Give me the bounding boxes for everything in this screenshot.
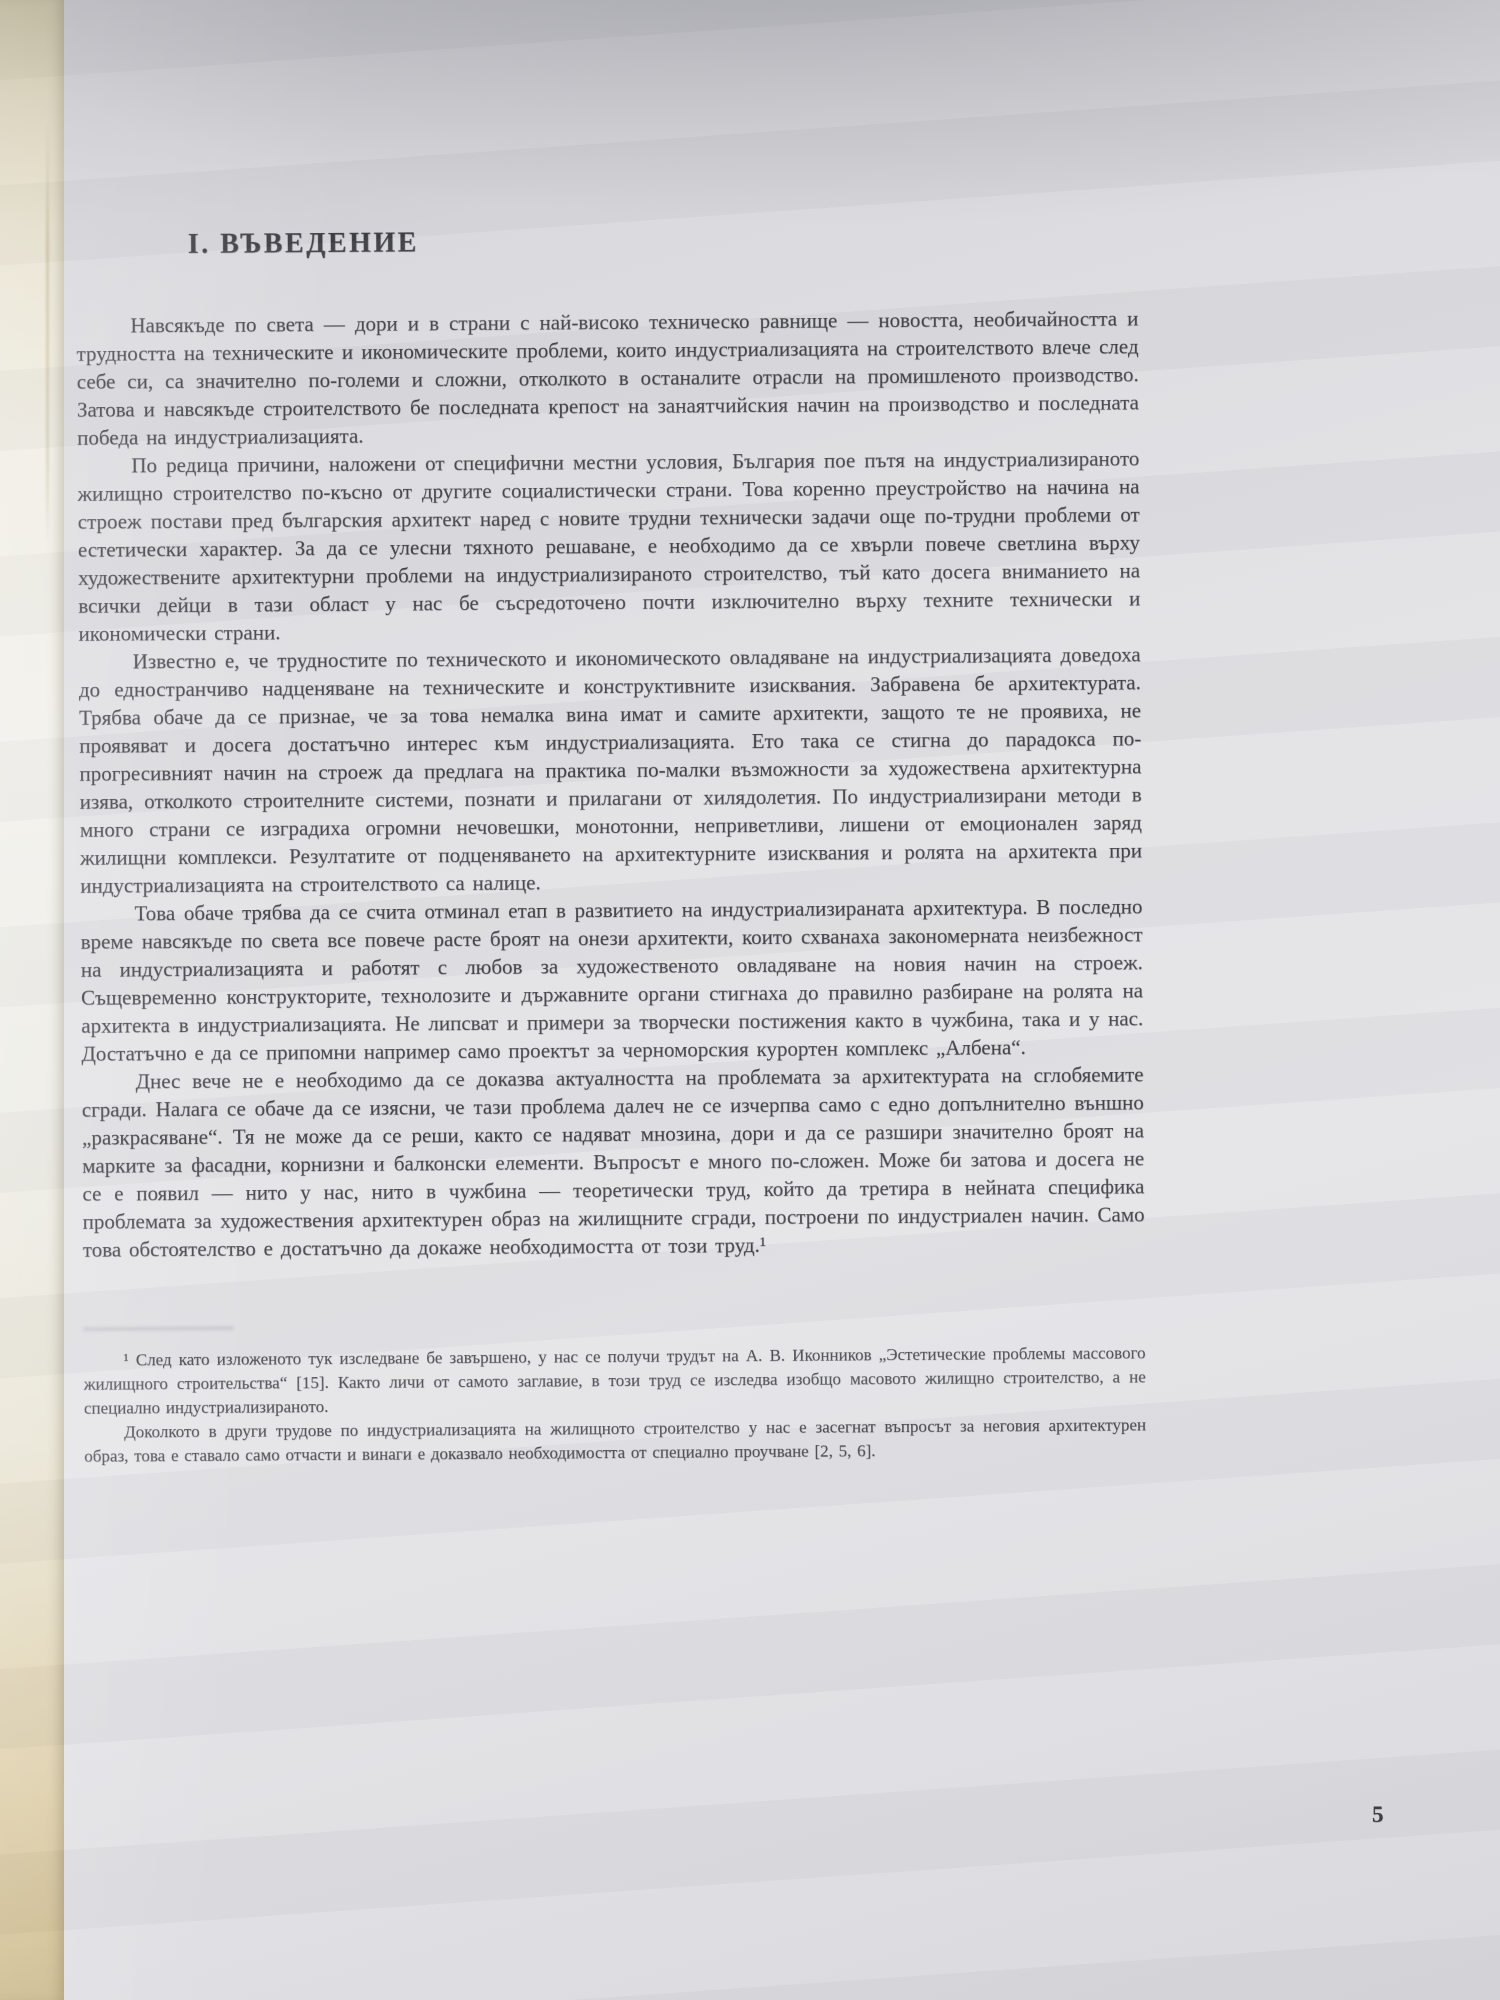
body-paragraph-4: Това обаче трябва да се счита отминал ет… [80,892,1143,1067]
body-paragraph-2: По редица причини, наложени от специфичн… [77,444,1140,647]
body-paragraph-1: Навсякъде по света — дори и в страни с н… [76,304,1139,451]
page-number: 5 [1372,1802,1384,1828]
book-page-edges-strip [0,0,64,2000]
body-text: Навсякъде по света — дори и в страни с н… [76,304,1145,1263]
page-fold-line [46,120,49,550]
body-paragraph-5: Днес вече не е необходимо да се доказва … [82,1060,1145,1263]
footnote-1: ¹ След като изложеното тук изследване бе… [84,1341,1146,1420]
scanned-book-page-photo: I. ВЪВЕДЕНИЕ Навсякъде по света — дори и… [0,0,1500,2000]
page-text-block: I. ВЪВЕДЕНИЕ Навсякъде по света — дори и… [76,222,1147,1468]
footnotes-block: ¹ След като изложеното тук изследване бе… [84,1341,1147,1468]
footnote-2: Доколкото в други трудове по индустриали… [84,1413,1146,1468]
chapter-heading: I. ВЪВЕДЕНИЕ [188,222,1138,261]
body-paragraph-3: Известно е, че трудностите по техническо… [79,640,1143,899]
footnote-rule [83,1327,233,1331]
